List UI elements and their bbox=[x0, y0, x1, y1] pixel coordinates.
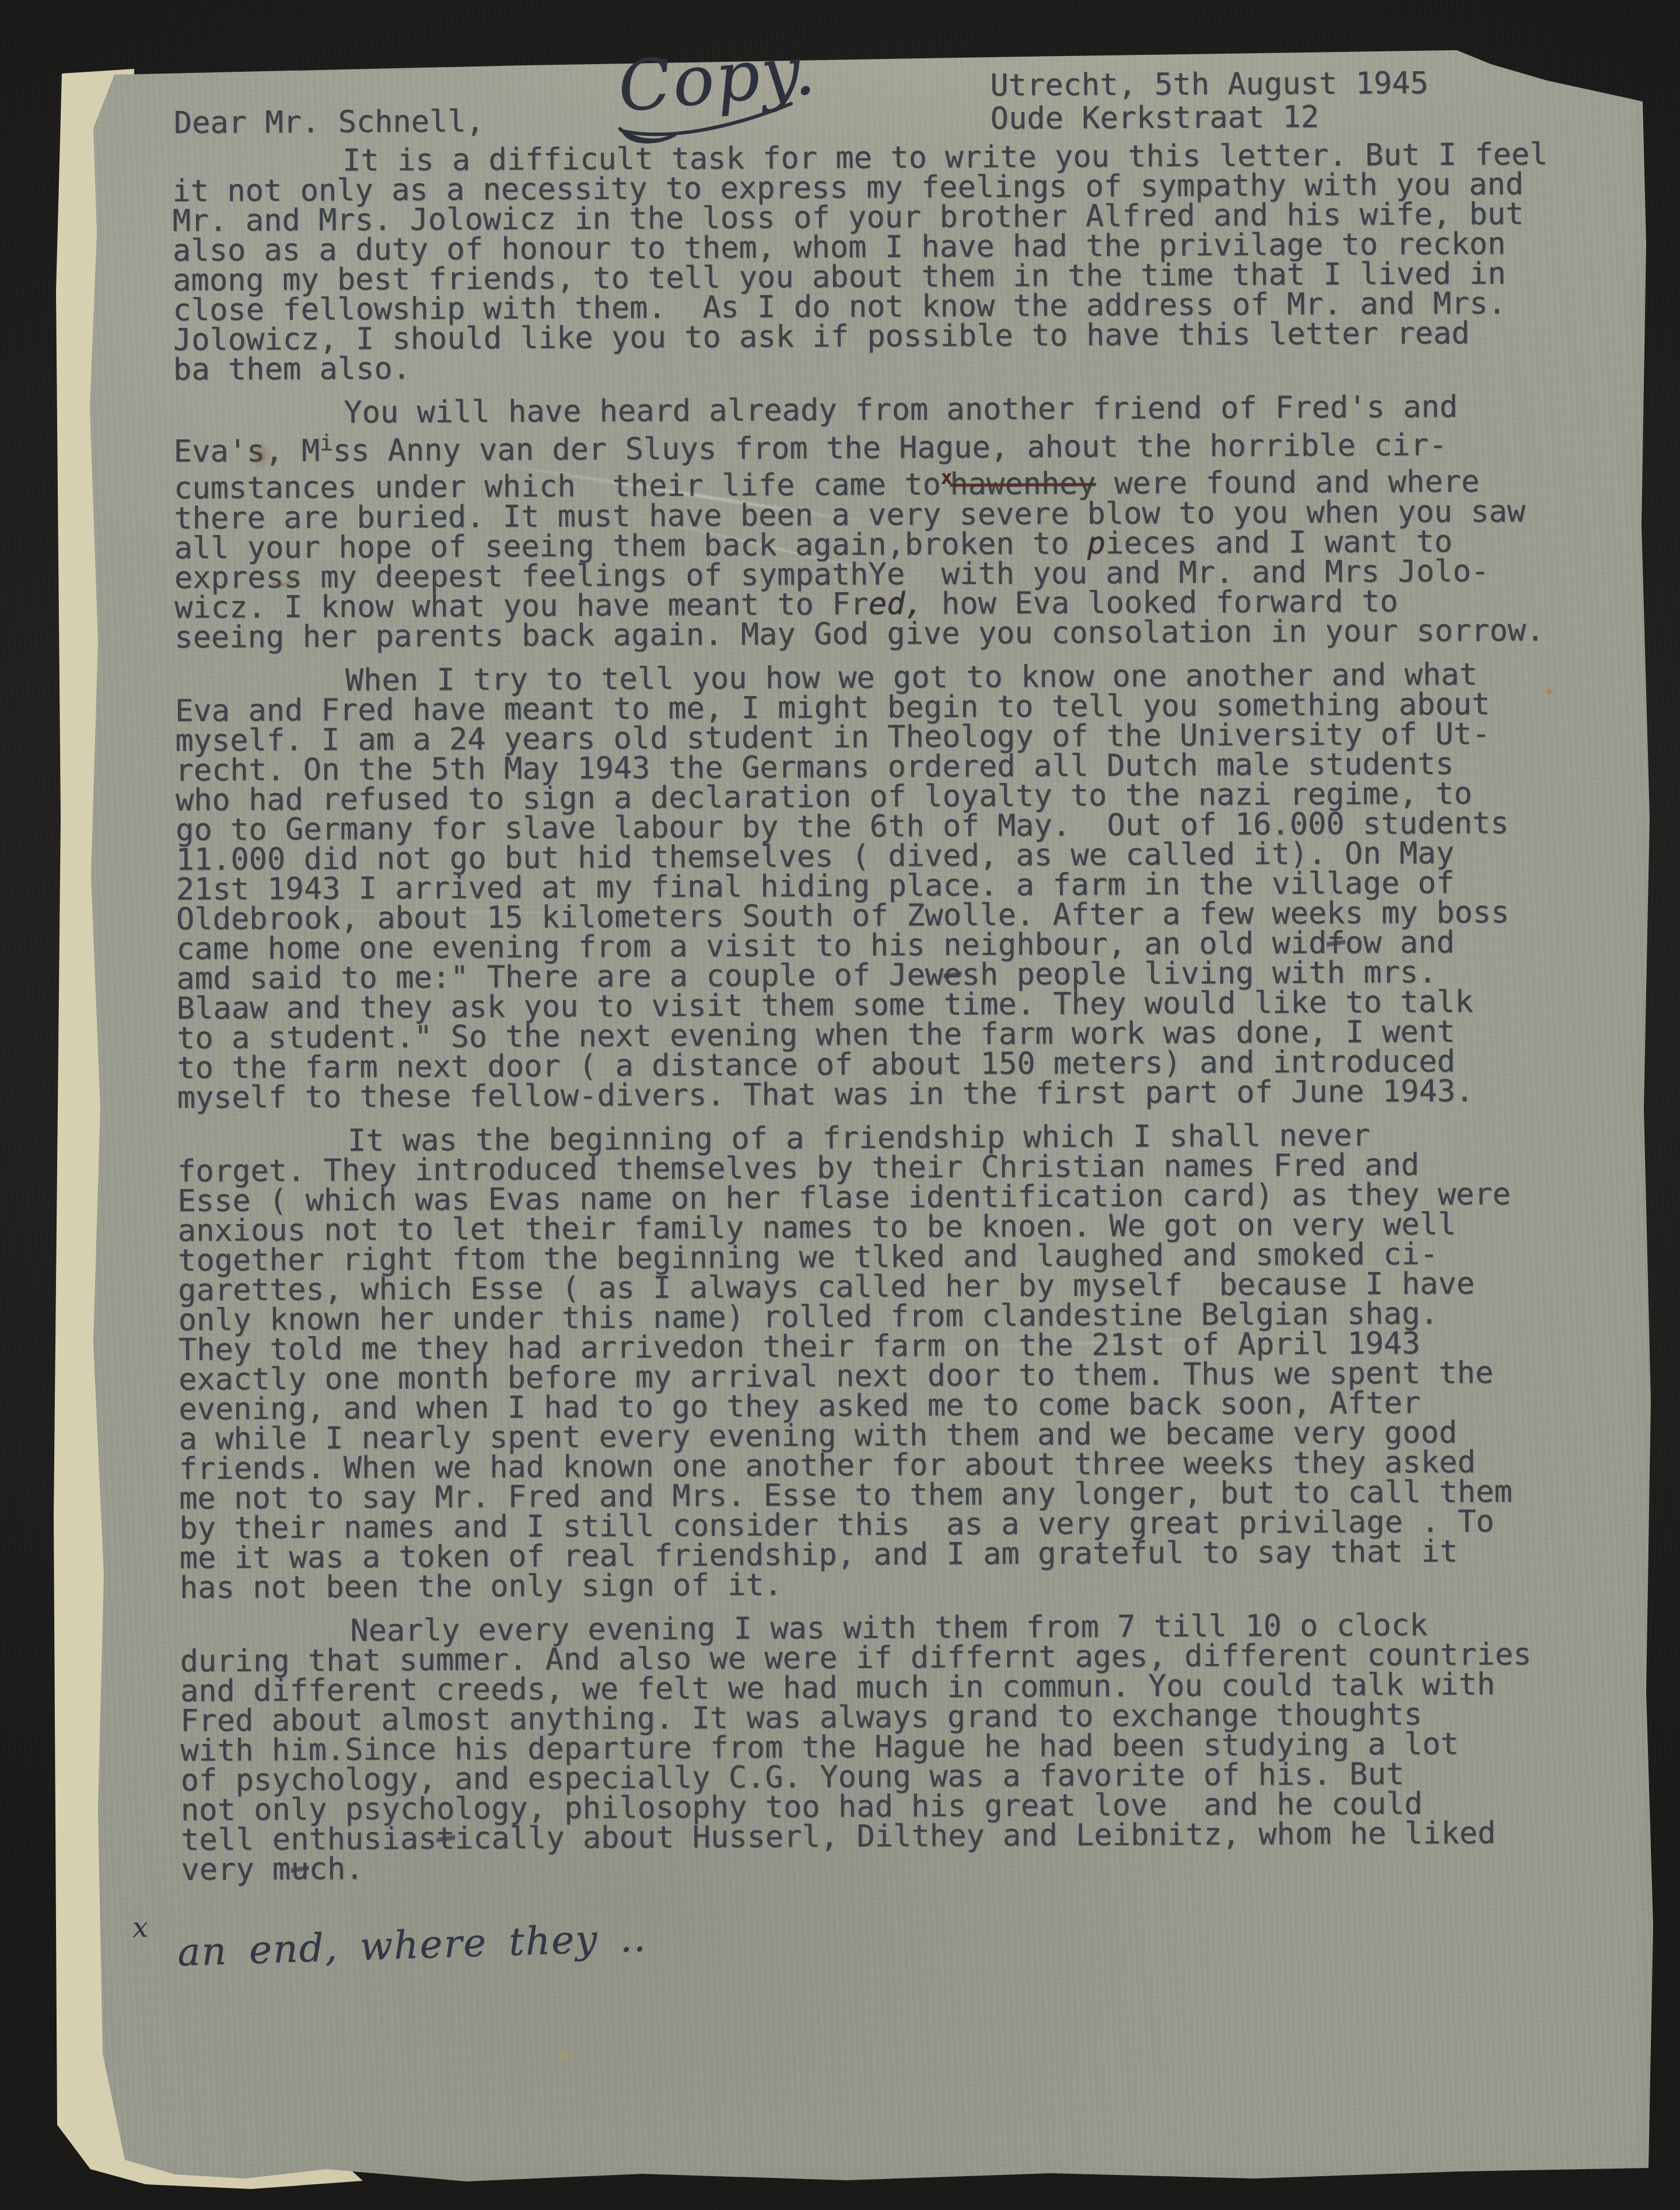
letter-line: me it was a token of real friendship, an… bbox=[180, 1536, 1615, 1573]
letter-dateline: Utrecht, 5th August 1945 Oude Kerkstraat… bbox=[990, 67, 1429, 136]
paragraph: You will have heard already from another… bbox=[173, 391, 1609, 653]
overstruck-letter: t bbox=[436, 1821, 455, 1856]
paragraph: When I try to tell you how we got to kno… bbox=[175, 659, 1612, 1113]
sender-address: Oude Kerkstraat 12 bbox=[991, 100, 1429, 136]
scanned-letter-page: Copy. Utrecht, 5th August 1945 Oude Kerk… bbox=[0, 0, 1680, 2210]
letter-line: myself to these fellow-divers. That was … bbox=[177, 1076, 1612, 1113]
footnote-x-mark: x bbox=[132, 1911, 149, 1945]
letter-line: seeing her parents back again. May God g… bbox=[174, 616, 1609, 653]
letter-content: Copy. Utrecht, 5th August 1945 Oude Kerk… bbox=[0, 0, 1680, 2210]
letter-line: Jolowicz, I should like you to ask if po… bbox=[173, 318, 1608, 355]
overstruck-letter: u bbox=[290, 1851, 309, 1886]
paragraph: Nearly every evening I was with them fro… bbox=[180, 1610, 1616, 1885]
footnote-text: an end, where they .. bbox=[177, 1915, 647, 1975]
letter-body: It is a difficult task for me to write y… bbox=[172, 139, 1616, 1898]
paragraph: It was the beginning of a friendship whi… bbox=[177, 1120, 1615, 1603]
superscript-letter: i bbox=[320, 430, 333, 456]
letter-line: tell enthusiastically about Husserl, Dil… bbox=[181, 1818, 1616, 1855]
copy-annotation: Copy. bbox=[615, 29, 822, 153]
place-date: Utrecht, 5th August 1945 bbox=[990, 67, 1429, 103]
salutation: Dear Mr. Schnell, bbox=[174, 107, 484, 138]
paragraph: It is a difficult task for me to write y… bbox=[172, 139, 1608, 385]
